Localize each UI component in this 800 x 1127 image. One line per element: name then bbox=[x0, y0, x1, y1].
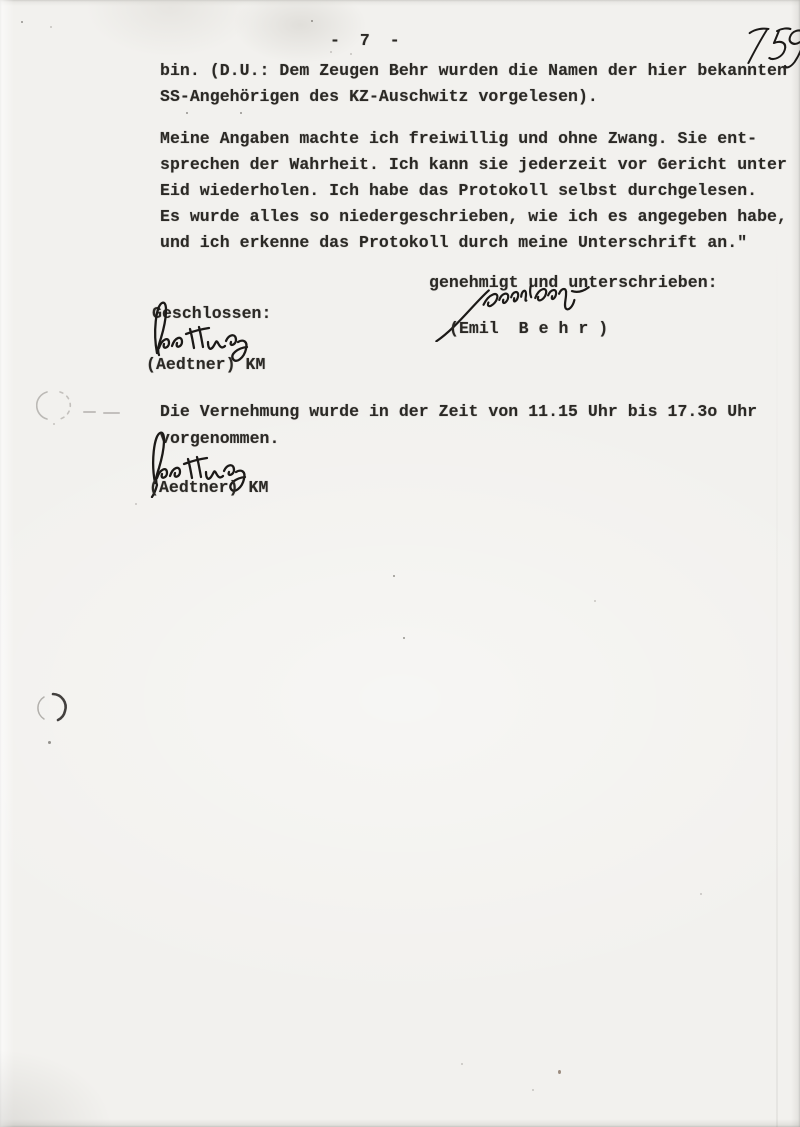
paper-speck bbox=[461, 1063, 463, 1065]
paper-speck bbox=[240, 112, 242, 114]
affirmation-line-4: Es wurde alles so niedergeschrieben, wie… bbox=[160, 207, 787, 227]
paper-speck bbox=[311, 20, 313, 22]
affirmation-line-3: Eid wiederholen. Ich habe das Protokoll … bbox=[160, 181, 757, 201]
deposition-note-line-2: SS-Angehörigen des KZ-Auschwitz vorgeles… bbox=[160, 87, 598, 107]
paper-speck bbox=[403, 637, 405, 639]
paper-speck bbox=[186, 112, 188, 114]
paper-speck bbox=[532, 1089, 534, 1091]
paper-stain-speck bbox=[558, 1070, 561, 1074]
affirmation-line-2: sprechen der Wahrheit. Ich kann sie jede… bbox=[160, 155, 787, 175]
affirmation-line-1: Meine Angaben machte ich freiwillig und … bbox=[160, 129, 757, 149]
duration-line-1: Die Vernehmung wurde in der Zeit von 11.… bbox=[160, 402, 757, 422]
paper-speck bbox=[53, 423, 55, 425]
behr-typed-name: (Emil B e h r ) bbox=[449, 319, 608, 339]
page-number: - 7 - bbox=[330, 31, 400, 51]
punch-ring-mark bbox=[36, 388, 72, 424]
scan-dash-mark bbox=[83, 411, 96, 413]
scan-dash-mark bbox=[103, 412, 120, 414]
paper-speck bbox=[21, 21, 23, 23]
paper-speck bbox=[393, 575, 395, 577]
paper-speck bbox=[330, 51, 332, 53]
aedtner-typed-name-2: (Aedtner) KM bbox=[149, 478, 268, 498]
paper-speck bbox=[50, 26, 52, 28]
deposition-note-line-1: bin. (D.U.: Dem Zeugen Behr wurden die N… bbox=[160, 61, 787, 81]
punch-ring-mark-2 bbox=[36, 690, 72, 730]
paper-speck bbox=[350, 53, 352, 55]
paper-speck bbox=[48, 741, 51, 744]
paper-speck bbox=[700, 893, 702, 895]
affirmation-line-5: und ich erkenne das Protokoll durch mein… bbox=[160, 233, 747, 253]
scanned-document-page: - 7 - bin. (D.U.: Dem Zeugen Behr wurden… bbox=[0, 0, 800, 1127]
paper-speck bbox=[594, 600, 596, 602]
aedtner-typed-name: (Aedtner) KM bbox=[146, 355, 265, 375]
paper-speck bbox=[135, 503, 137, 505]
